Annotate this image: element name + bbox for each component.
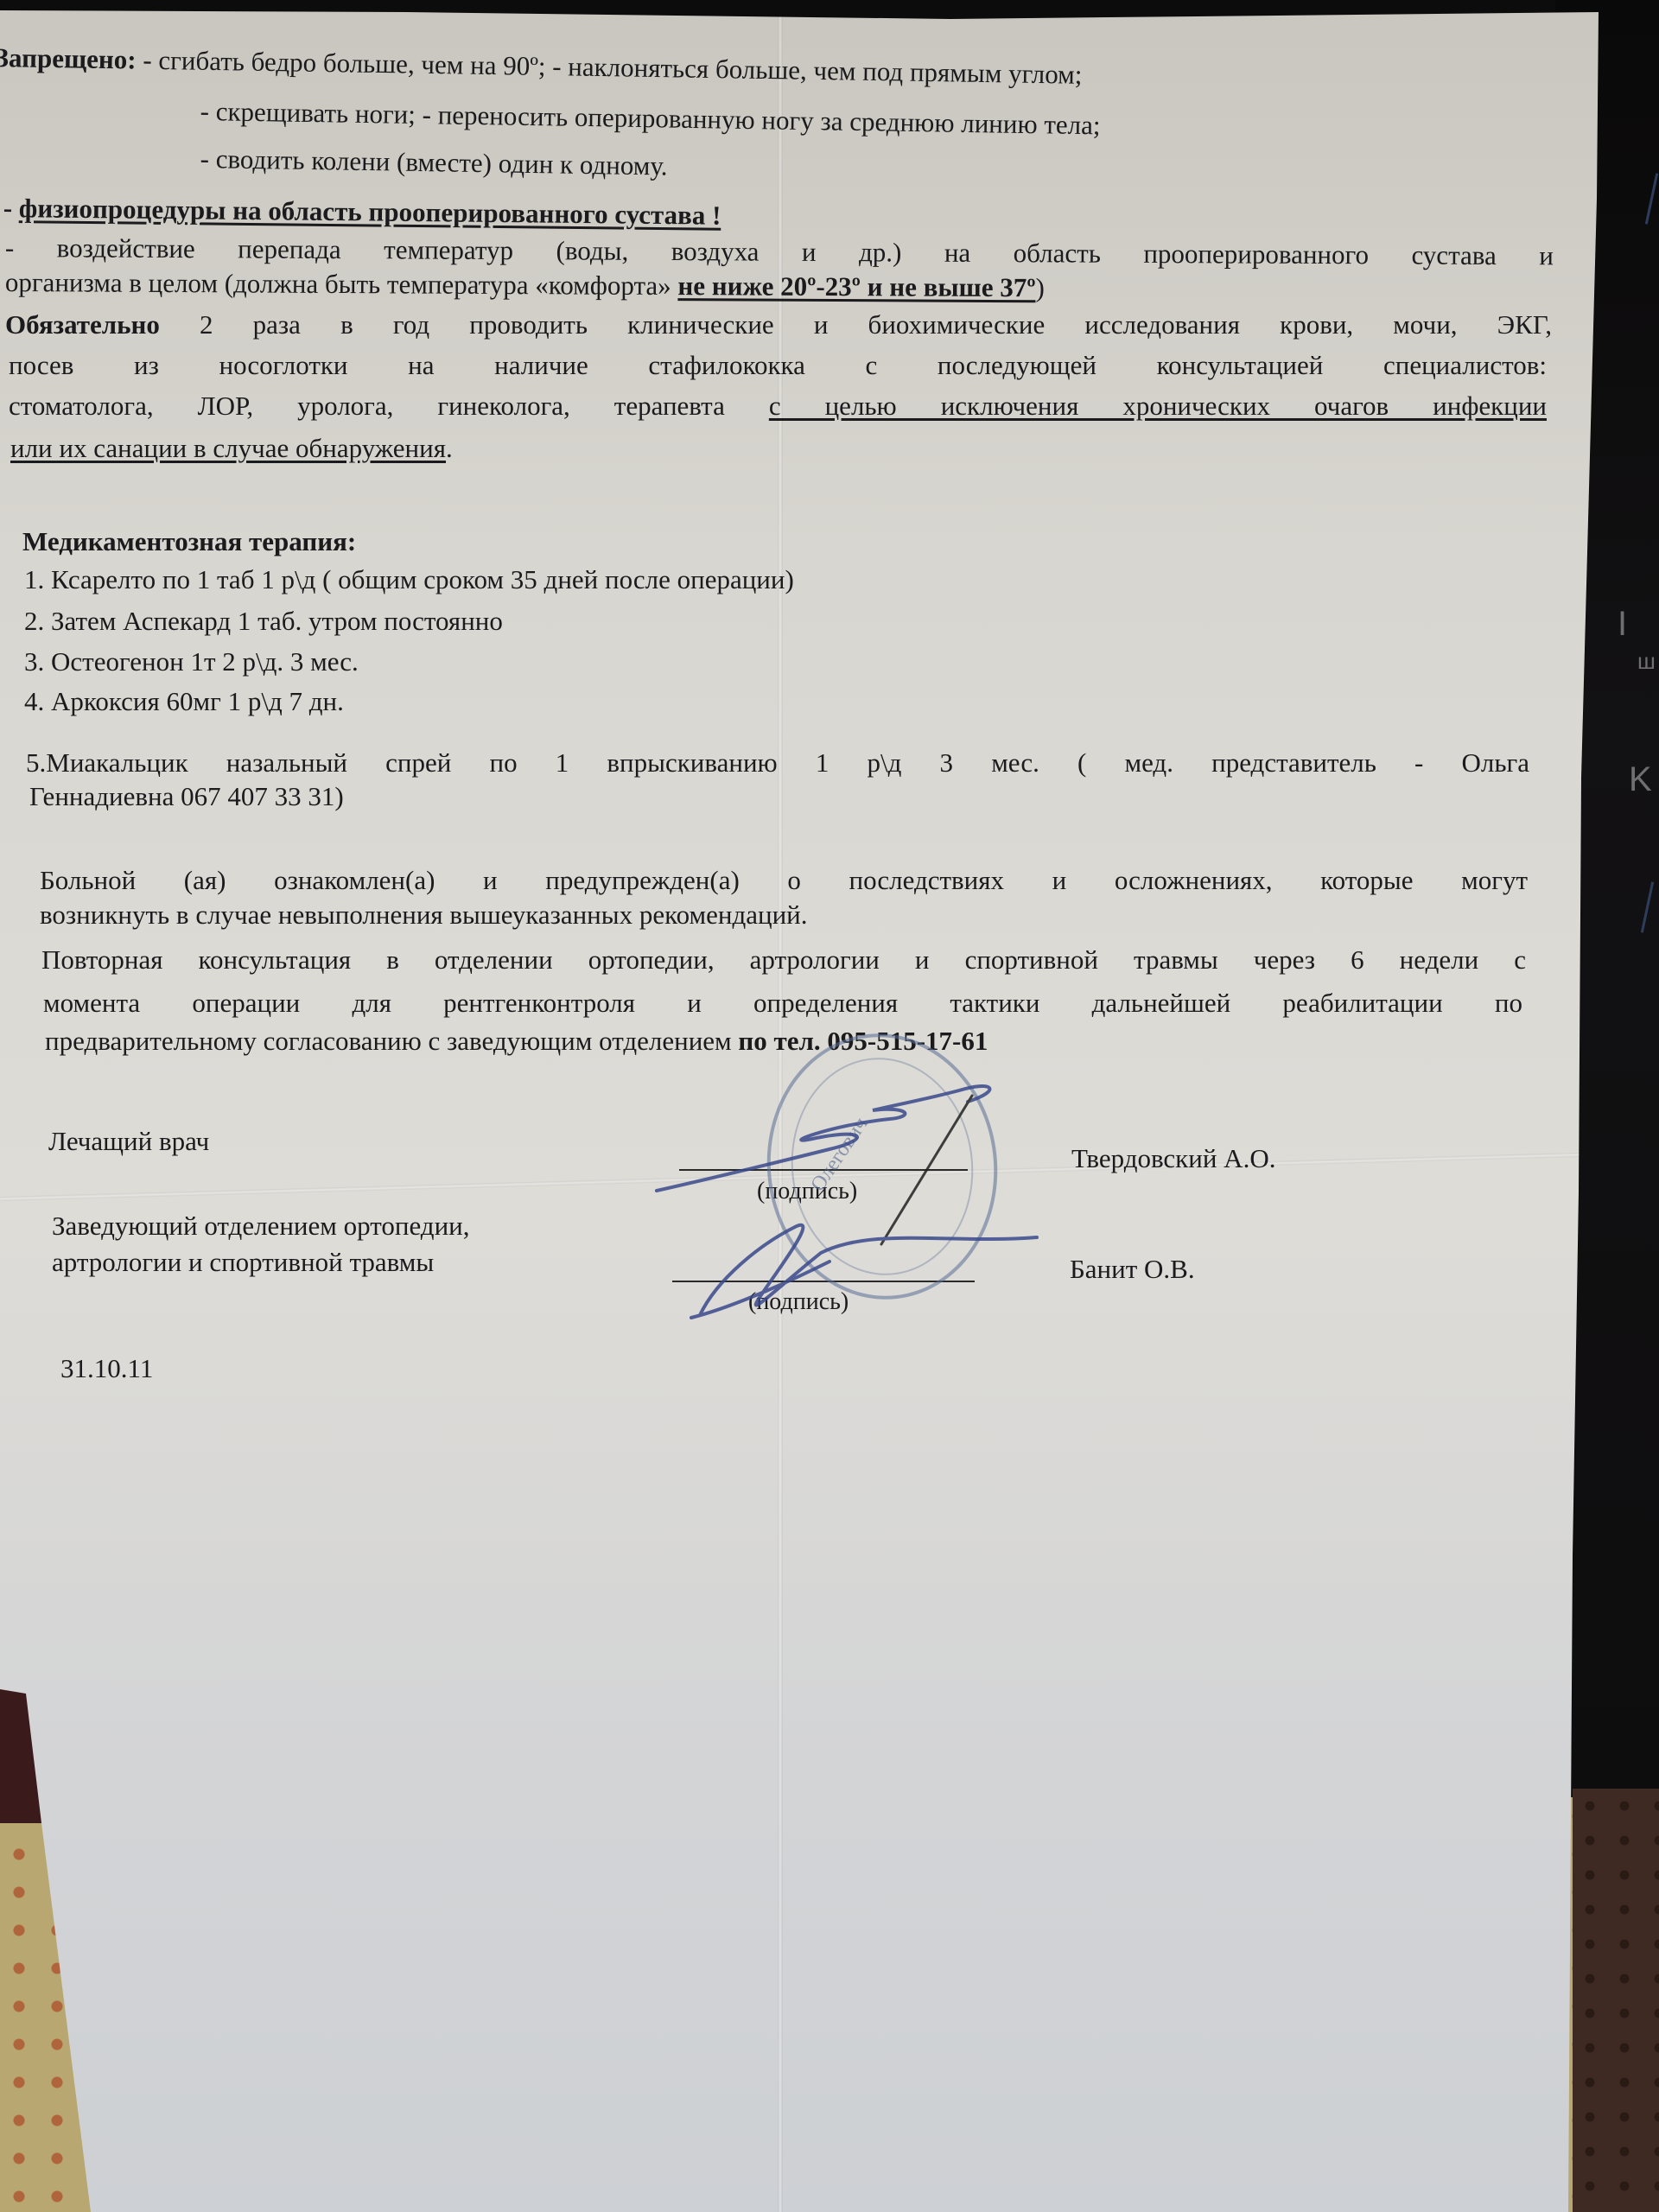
- doctor-signature: [657, 1086, 989, 1191]
- head-signature: [700, 1225, 1037, 1315]
- handwritten-signatures: [0, 0, 1659, 2212]
- head-signature-tail: [691, 1262, 829, 1318]
